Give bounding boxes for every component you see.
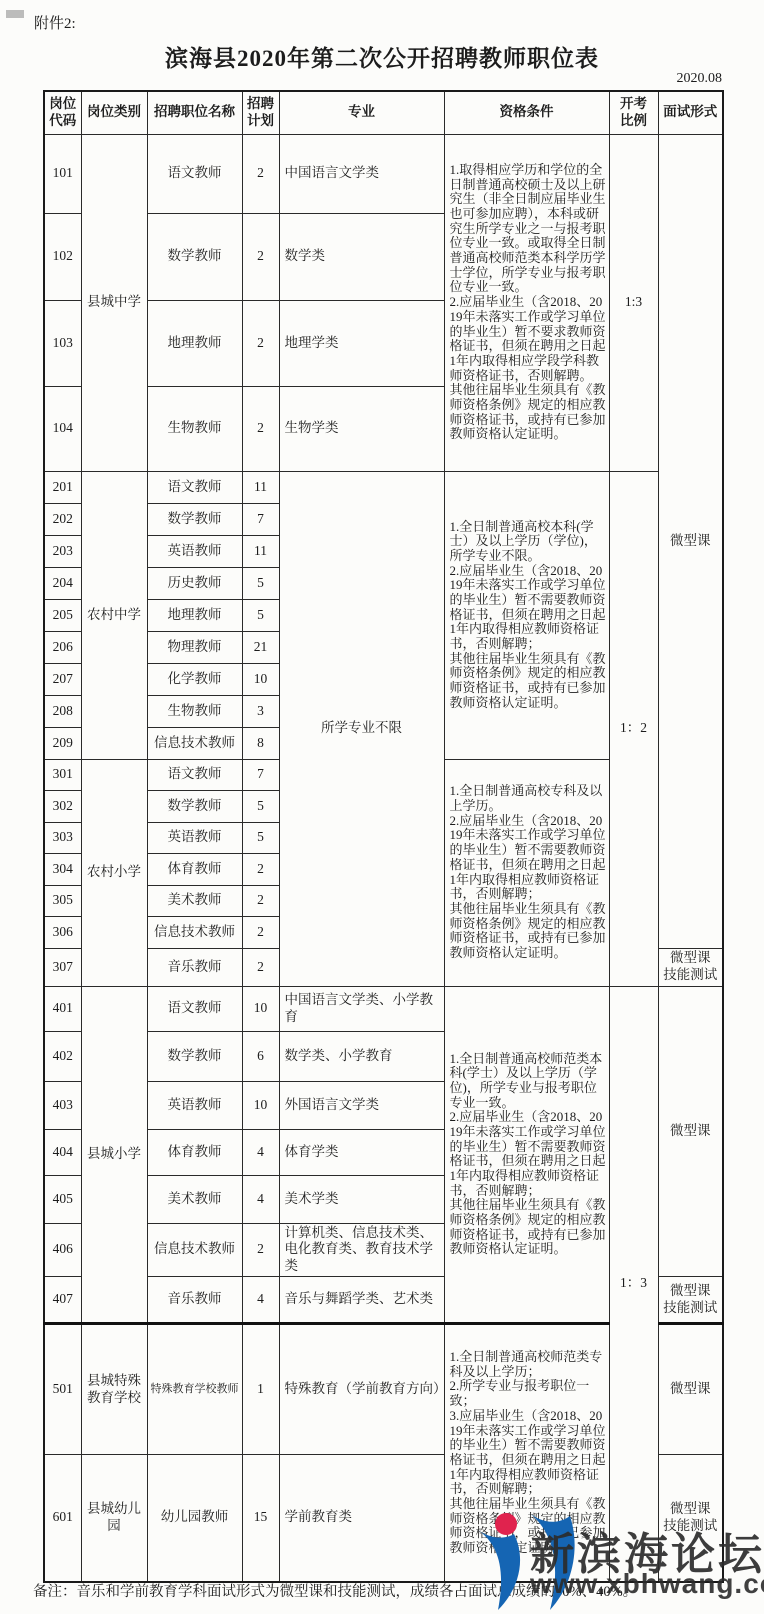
job-code: 403: [44, 1081, 81, 1129]
job-code: 406: [44, 1223, 81, 1277]
school-category: 县城小学: [81, 986, 147, 1324]
job-title: 音乐教师: [147, 1277, 242, 1324]
plan-count: 6: [242, 1031, 279, 1081]
col-header-qualification: 资格条件: [444, 91, 609, 134]
job-code: 305: [44, 885, 81, 916]
interview-format: 微型课 技能测试: [658, 948, 723, 986]
plan-count: 2: [242, 853, 279, 885]
job-title: 信息技术教师: [147, 916, 242, 948]
job-code: 207: [44, 663, 81, 695]
job-code: 501: [44, 1324, 81, 1455]
job-title: 英语教师: [147, 1081, 242, 1129]
job-title: 语文教师: [147, 759, 242, 790]
school-category: 农村中学: [81, 471, 147, 759]
job-code: 204: [44, 567, 81, 599]
job-code: 601: [44, 1455, 81, 1582]
job-title: 英语教师: [147, 822, 242, 853]
major: 学前教育类: [279, 1455, 444, 1582]
plan-count: 10: [242, 1081, 279, 1129]
exam-ratio: 1:3: [609, 134, 658, 471]
plan-count: 4: [242, 1277, 279, 1324]
job-title: 体育教师: [147, 853, 242, 885]
header-row: 岗位 代码 岗位类别 招聘职位名称 招聘 计划 专业 资格条件 开考 比例 面试…: [44, 91, 723, 134]
major: 音乐与舞蹈学类、艺术类: [279, 1277, 444, 1324]
major: 体育学类: [279, 1129, 444, 1175]
job-code: 303: [44, 822, 81, 853]
job-title: 语文教师: [147, 471, 242, 503]
job-title: 语文教师: [147, 986, 242, 1031]
col-header-job-title: 招聘职位名称: [147, 91, 242, 134]
job-title: 地理教师: [147, 599, 242, 631]
job-title: 英语教师: [147, 535, 242, 567]
interview-format: 微型课 技能测试: [658, 1277, 723, 1324]
col-header-plan: 招聘 计划: [242, 91, 279, 134]
plan-count: 15: [242, 1455, 279, 1582]
major: 数学类: [279, 213, 444, 300]
plan-count: 21: [242, 631, 279, 663]
job-code: 102: [44, 213, 81, 300]
major: 中国语言文学类、小学教育: [279, 986, 444, 1031]
plan-count: 5: [242, 790, 279, 822]
job-code: 405: [44, 1175, 81, 1223]
major: 计算机类、信息技术类、电化教育类、教育技术学类: [279, 1223, 444, 1277]
job-title: 生物教师: [147, 695, 242, 727]
page-title: 滨海县2020年第二次公开招聘教师职位表: [0, 40, 764, 73]
plan-count: 11: [242, 535, 279, 567]
job-code: 304: [44, 853, 81, 885]
plan-count: 10: [242, 986, 279, 1031]
job-code: 103: [44, 300, 81, 386]
qualification: 1.全日制普通高校本科(学士）及以上学历（学位)，所学专业不限。 2.应届毕业生…: [444, 471, 609, 759]
job-title: 语文教师: [147, 134, 242, 213]
job-title: 信息技术教师: [147, 1223, 242, 1277]
job-title: 物理教师: [147, 631, 242, 663]
plan-count: 2: [242, 916, 279, 948]
plan-count: 4: [242, 1129, 279, 1175]
job-code: 401: [44, 986, 81, 1031]
plan-count: 2: [242, 213, 279, 300]
job-code: 307: [44, 948, 81, 986]
major: 美术学类: [279, 1175, 444, 1223]
job-title: 生物教师: [147, 386, 242, 471]
major: 中国语言文学类: [279, 134, 444, 213]
plan-count: 7: [242, 503, 279, 535]
date-label: 2020.08: [677, 71, 723, 87]
job-title: 数学教师: [147, 790, 242, 822]
job-code: 208: [44, 695, 81, 727]
plan-count: 4: [242, 1175, 279, 1223]
col-header-ratio: 开考 比例: [609, 91, 658, 134]
job-code: 201: [44, 471, 81, 503]
school-category: 县城特殊教育学校: [81, 1324, 147, 1455]
job-code: 203: [44, 535, 81, 567]
job-code: 202: [44, 503, 81, 535]
interview-format: 微型课 技能测试: [658, 1455, 723, 1582]
school-category: 县城幼儿园: [81, 1455, 147, 1582]
plan-count: 3: [242, 695, 279, 727]
job-title: 历史教师: [147, 567, 242, 599]
table-row: 201农村中学语文教师11所学专业不限1.全日制普通高校本科(学士）及以上学历（…: [44, 471, 723, 503]
footnote: 备注：音乐和学前教育学科面试形式为微型课和技能测试，成绩各占面试总成绩的60%、…: [33, 1580, 733, 1601]
col-header-interview: 面试形式: [658, 91, 723, 134]
job-code: 407: [44, 1277, 81, 1324]
plan-count: 5: [242, 822, 279, 853]
scan-artifact: [6, 10, 24, 18]
plan-count: 1: [242, 1324, 279, 1455]
job-code: 101: [44, 134, 81, 213]
col-header-major: 专业: [279, 91, 444, 134]
job-title: 数学教师: [147, 1031, 242, 1081]
interview-format: 微型课: [658, 134, 723, 948]
plan-count: 11: [242, 471, 279, 503]
job-title: 地理教师: [147, 300, 242, 386]
major: 外国语言文学类: [279, 1081, 444, 1129]
interview-format: 微型课: [658, 1324, 723, 1455]
plan-count: 2: [242, 1223, 279, 1277]
job-code: 306: [44, 916, 81, 948]
plan-count: 7: [242, 759, 279, 790]
major: 数学类、小学教育: [279, 1031, 444, 1081]
col-header-category: 岗位类别: [81, 91, 147, 134]
job-title: 美术教师: [147, 885, 242, 916]
job-code: 301: [44, 759, 81, 790]
qualification: 1.全日制普通高校专科及以上学历。 2.应届毕业生（含2018、2019年未落实…: [444, 759, 609, 986]
positions-table-body: 101县城中学语文教师2中国语言文学类1.取得相应学历和学位的全日制普通高校硕士…: [44, 134, 723, 1582]
plan-count: 8: [242, 727, 279, 759]
attachment-label: 附件2:: [34, 12, 76, 33]
plan-count: 2: [242, 134, 279, 213]
job-title: 体育教师: [147, 1129, 242, 1175]
job-code: 206: [44, 631, 81, 663]
job-code: 402: [44, 1031, 81, 1081]
plan-count: 5: [242, 567, 279, 599]
job-code: 205: [44, 599, 81, 631]
job-code: 209: [44, 727, 81, 759]
job-code: 302: [44, 790, 81, 822]
col-header-code: 岗位 代码: [44, 91, 81, 134]
qualification: 1.全日制普通高校师范类本科(学士）及以上学历（学位)，所学专业与报考职位专业一…: [444, 986, 609, 1324]
plan-count: 5: [242, 599, 279, 631]
job-code: 404: [44, 1129, 81, 1175]
major: 生物学类: [279, 386, 444, 471]
job-title: 幼儿园教师: [147, 1455, 242, 1582]
major: 地理学类: [279, 300, 444, 386]
job-title: 数学教师: [147, 213, 242, 300]
job-title: 特殊教育学校教师: [147, 1324, 242, 1455]
qualification: 1.取得相应学历和学位的全日制普通高校硕士及以上研究生（非全日制应届毕业生也可参…: [444, 134, 609, 471]
qualification: 1.全日制普通高校师范类专科及以上学历； 2.所学专业与报考职位一致； 3.应届…: [444, 1324, 609, 1582]
job-title: 信息技术教师: [147, 727, 242, 759]
positions-table: 岗位 代码 岗位类别 招聘职位名称 招聘 计划 专业 资格条件 开考 比例 面试…: [43, 90, 724, 1583]
interview-format: 微型课: [658, 986, 723, 1277]
table-row: 401县城小学语文教师10中国语言文学类、小学教育1.全日制普通高校师范类本科(…: [44, 986, 723, 1031]
plan-count: 2: [242, 300, 279, 386]
table-row: 101县城中学语文教师2中国语言文学类1.取得相应学历和学位的全日制普通高校硕士…: [44, 134, 723, 213]
job-title: 化学教师: [147, 663, 242, 695]
school-category: 农村小学: [81, 759, 147, 986]
job-title: 美术教师: [147, 1175, 242, 1223]
major: 特殊教育（学前教育方向）: [279, 1324, 444, 1455]
exam-ratio: 1：2: [609, 471, 658, 986]
plan-count: 2: [242, 885, 279, 916]
exam-ratio: 1：3: [609, 986, 658, 1582]
job-title: 音乐教师: [147, 948, 242, 986]
plan-count: 2: [242, 948, 279, 986]
plan-count: 2: [242, 386, 279, 471]
job-title: 数学教师: [147, 503, 242, 535]
plan-count: 10: [242, 663, 279, 695]
job-code: 104: [44, 386, 81, 471]
school-category: 县城中学: [81, 134, 147, 471]
major: 所学专业不限: [279, 471, 444, 986]
